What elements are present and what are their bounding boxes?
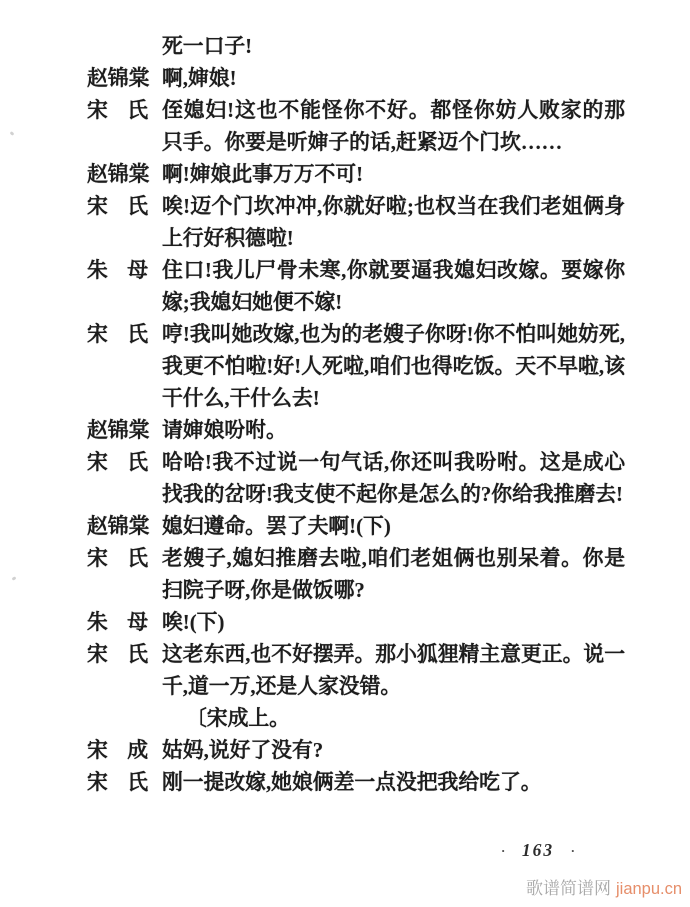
dialogue-entry: 宋氏唉!迈个门坎冲冲,你就好啦;也权当在我们老姐俩身上行好积德啦!: [87, 191, 632, 255]
speaker-name: 朱母: [87, 255, 148, 287]
scan-speck: [10, 131, 15, 136]
speaker-name: 赵锦棠: [87, 159, 148, 191]
scan-speck: [12, 576, 17, 581]
speaker-name: 朱母: [87, 607, 148, 639]
dialogue-entry: 赵锦棠媳妇遵命。罢了夫啊!(下): [87, 511, 632, 543]
dialogue-entry: 赵锦棠啊!婶娘此事万万不可!: [87, 159, 632, 191]
dialogue-entry: 宋氏哈哈!我不过说一句气话,你还叫我吩咐。这是成心找我的岔呀!我支使不起你是怎么…: [87, 447, 632, 511]
dialogue-text: 唉!(下): [162, 607, 625, 639]
stage-direction-entry: 〔宋成上。: [87, 703, 632, 735]
dialogue-text: 老嫂子,媳妇推磨去啦,咱们老姐俩也别呆着。你是扫院子呀,你是做饭哪?: [162, 543, 625, 607]
speaker-name: 赵锦棠: [87, 415, 148, 447]
dialogue-text: 这老东西,也不好摆弄。那小狐狸精主意更正。说一千,道一万,还是人家没错。: [162, 639, 625, 703]
dialogue-text: 哼!我叫她改嫁,也为的老嫂子你呀!你不怕叫她妨死,我更不怕啦!好!人死啦,咱们也…: [162, 319, 625, 415]
dialogue-entry: 宋氏哼!我叫她改嫁,也为的老嫂子你呀!你不怕叫她妨死,我更不怕啦!好!人死啦,咱…: [87, 319, 632, 415]
dialogue-entry: 赵锦棠啊,婶娘!: [87, 63, 632, 95]
speaker-name: 宋氏: [87, 191, 148, 223]
dialogue-text: 侄媳妇!这也不能怪你不好。都怪你妨人败家的那只手。你要是听婶子的话,赶紧迈个门坎…: [162, 95, 625, 159]
dialogue-text: 请婶娘吩咐。: [162, 415, 625, 447]
dialogue-text: 刚一提改嫁,她娘俩差一点没把我给吃了。: [162, 767, 625, 799]
speaker-name: 宋氏: [87, 447, 148, 479]
dialogue-entry: 宋成姑妈,说好了没有?: [87, 735, 632, 767]
dialogue-entry: 赵锦棠请婶娘吩咐。: [87, 415, 632, 447]
scanned-page: 死一口子!赵锦棠啊,婶娘!宋氏侄媳妇!这也不能怪你不好。都怪你妨人败家的那只手。…: [0, 0, 690, 907]
page-number-value: 163: [522, 840, 554, 861]
dialogue-entry: 宋氏侄媳妇!这也不能怪你不好。都怪你妨人败家的那只手。你要是听婶子的话,赶紧迈个…: [87, 95, 632, 159]
dialogue-text: 啊!婶娘此事万万不可!: [162, 159, 625, 191]
speaker-name: 宋氏: [87, 543, 148, 575]
dialogue-text: 媳妇遵命。罢了夫啊!(下): [162, 511, 625, 543]
dialogue-entry: 宋氏这老东西,也不好摆弄。那小狐狸精主意更正。说一千,道一万,还是人家没错。: [87, 639, 632, 703]
speaker-name: 宋氏: [87, 639, 148, 671]
dialogue-entry: 宋氏老嫂子,媳妇推磨去啦,咱们老姐俩也别呆着。你是扫院子呀,你是做饭哪?: [87, 543, 632, 607]
dialogue-text: 哈哈!我不过说一句气话,你还叫我吩咐。这是成心找我的岔呀!我支使不起你是怎么的?…: [162, 447, 625, 511]
watermark-site-name: 歌谱简谱网: [526, 879, 611, 898]
watermark: 歌谱简谱网jianpu.cn: [526, 874, 682, 899]
speaker-name: 赵锦棠: [87, 63, 148, 95]
dialogue-entry: 宋氏刚一提改嫁,她娘俩差一点没把我给吃了。: [87, 767, 632, 799]
dialogue-entry: 死一口子!: [87, 31, 632, 63]
speaker-name: 宋氏: [87, 95, 148, 127]
watermark-site-url: jianpu.cn: [616, 880, 682, 898]
speaker-name: 宋氏: [87, 767, 148, 799]
page-number-dot-right: ·: [571, 843, 575, 859]
dialogue-entry: 朱母唉!(下): [87, 607, 632, 639]
speaker-name: 宋氏: [87, 319, 148, 351]
stage-direction-text: 〔宋成上。: [186, 703, 649, 735]
dialogue-text: 姑妈,说好了没有?: [162, 735, 625, 767]
script-text-block: 死一口子!赵锦棠啊,婶娘!宋氏侄媳妇!这也不能怪你不好。都怪你妨人败家的那只手。…: [87, 31, 632, 799]
page-number-dot-left: ·: [501, 843, 505, 859]
page-number: · 163 ·: [501, 840, 575, 861]
speaker-name: 宋成: [87, 735, 148, 767]
dialogue-text: 死一口子!: [162, 31, 625, 63]
dialogue-text: 住口!我儿尸骨未寒,你就要逼我媳妇改嫁。要嫁你嫁;我媳妇她便不嫁!: [162, 255, 625, 319]
dialogue-text: 啊,婶娘!: [162, 63, 625, 95]
dialogue-text: 唉!迈个门坎冲冲,你就好啦;也权当在我们老姐俩身上行好积德啦!: [162, 191, 625, 255]
dialogue-entry: 朱母住口!我儿尸骨未寒,你就要逼我媳妇改嫁。要嫁你嫁;我媳妇她便不嫁!: [87, 255, 632, 319]
speaker-name: 赵锦棠: [87, 511, 148, 543]
